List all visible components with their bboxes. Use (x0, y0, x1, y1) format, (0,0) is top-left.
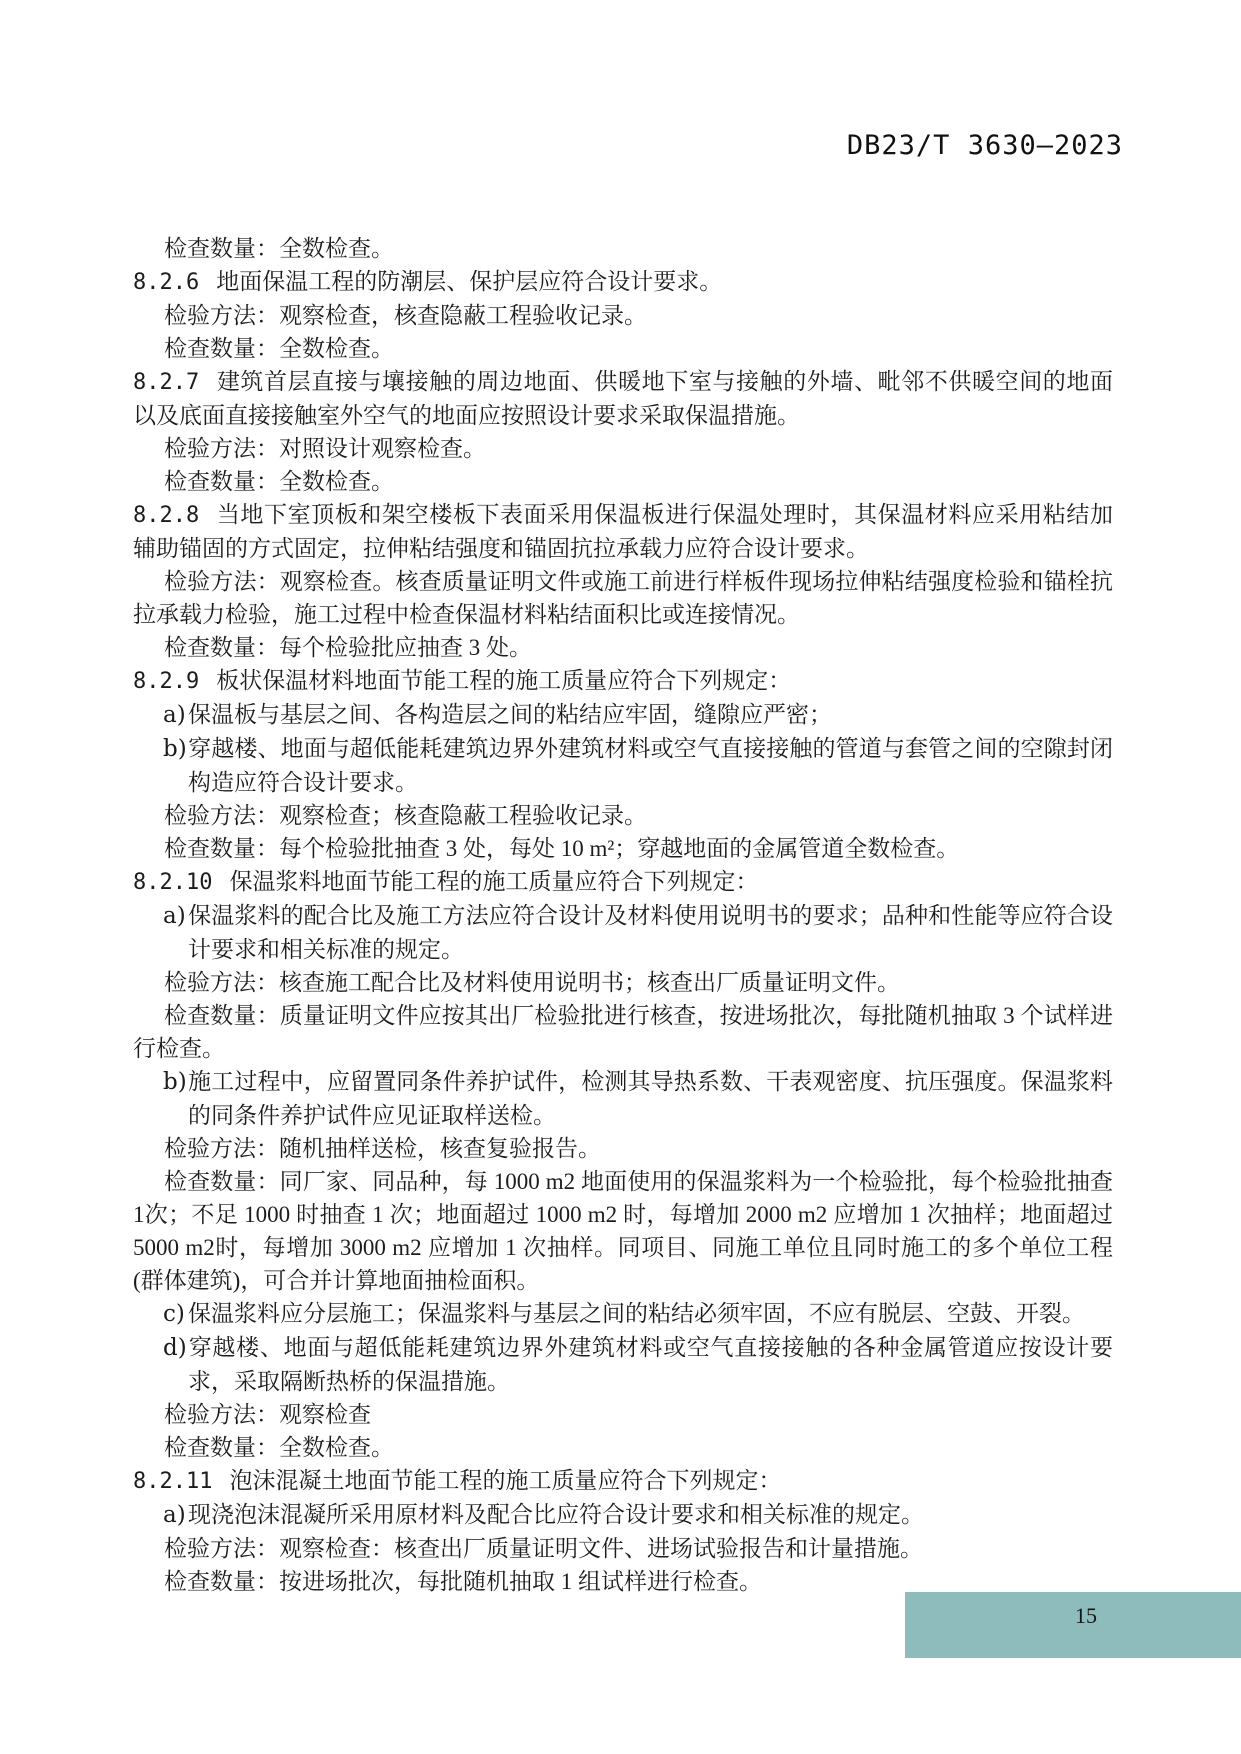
body-paragraph: 检查数量：全数检查。 (133, 465, 1113, 498)
section-paragraph: 8.2.10保温浆料地面节能工程的施工质量应符合下列规定： (133, 865, 1113, 899)
list-item: d)穿越楼、地面与超低能耗建筑边界外建筑材料或空气直接接触的各种金属管道应按设计… (133, 1331, 1113, 1398)
list-item-label: a) (163, 699, 188, 732)
list-item: c)保温浆料应分层施工；保温浆料与基层之间的粘结必须牢固，不应有脱层、空鼓、开裂… (133, 1297, 1113, 1331)
list-item-label: a) (163, 900, 188, 933)
body-paragraph: 检验方法：观察检查；核查隐蔽工程验收记录。 (133, 799, 1113, 832)
section-number: 8.2.9 (133, 669, 199, 694)
body-paragraph: 检查数量：全数检查。 (133, 232, 1113, 265)
body-paragraph: 检查数量：质量证明文件应按其出厂检验批进行核查，按进场批次，每批随机抽取 3 个… (133, 999, 1113, 1065)
section-number: 8.2.7 (133, 370, 199, 395)
section-paragraph: 8.2.7建筑首层直接与壤接触的周边地面、供暖地下室与接触的外墙、毗邻不供暖空间… (133, 365, 1113, 432)
section-paragraph: 8.2.8当地下室顶板和架空楼板下表面采用保温板进行保温处理时，其保温材料应采用… (133, 498, 1113, 565)
body-paragraph: 检查数量：每个检验批应抽查 3 处。 (133, 631, 1113, 664)
list-item: a)保温板与基层之间、各构造层之间的粘结应牢固，缝隙应严密； (133, 698, 1113, 732)
list-item-label: c) (163, 1298, 188, 1331)
body-paragraph: 检查数量：同厂家、同品种，每 1000 m2 地面使用的保温浆料为一个检验批，每… (133, 1165, 1113, 1297)
body-paragraph: 检查数量：全数检查。 (133, 332, 1113, 365)
list-item: b)施工过程中，应留置同条件养护试件，检测其导热系数、干表观密度、抗压强度。保温… (133, 1065, 1113, 1132)
section-number: 8.2.6 (133, 270, 199, 295)
list-item-label: d) (163, 1332, 188, 1365)
section-paragraph: 8.2.6地面保温工程的防潮层、保护层应符合设计要求。 (133, 265, 1113, 299)
list-item: b)穿越楼、地面与超低能耗建筑边界外建筑材料或空气直接接触的管道与套管之间的空隙… (133, 732, 1113, 799)
section-number: 8.2.11 (133, 1469, 212, 1494)
body-paragraph: 检验方法：观察检查：核查出厂质量证明文件、进场试验报告和计量措施。 (133, 1532, 1113, 1565)
section-number: 8.2.10 (133, 870, 212, 895)
document-standard-number: DB23/T 3630—2023 (847, 130, 1123, 161)
body-paragraph: 检验方法：随机抽样送检，核查复验报告。 (133, 1132, 1113, 1165)
section-number: 8.2.8 (133, 503, 199, 528)
body-paragraph: 检验方法：对照设计观察检查。 (133, 432, 1113, 465)
document-body: 检查数量：全数检查。8.2.6地面保温工程的防潮层、保护层应符合设计要求。检验方… (133, 232, 1113, 1598)
list-item-label: b) (163, 733, 188, 766)
list-item-label: a) (163, 1499, 188, 1532)
list-item: a)现浇泡沫混凝所采用原材料及配合比应符合设计要求和相关标准的规定。 (133, 1498, 1113, 1532)
section-paragraph: 8.2.11泡沫混凝土地面节能工程的施工质量应符合下列规定： (133, 1464, 1113, 1498)
body-paragraph: 检验方法：观察检查。核查质量证明文件或施工前进行样板件现场拉伸粘结强度检验和锚栓… (133, 565, 1113, 631)
body-paragraph: 检查数量：全数检查。 (133, 1431, 1113, 1464)
body-paragraph: 检验方法：观察检查 (133, 1398, 1113, 1431)
body-paragraph: 检验方法：观察检查，核查隐蔽工程验收记录。 (133, 299, 1113, 332)
list-item: a)保温浆料的配合比及施工方法应符合设计及材料使用说明书的要求；品种和性能等应符… (133, 899, 1113, 966)
body-paragraph: 检验方法：核查施工配合比及材料使用说明书；核查出厂质量证明文件。 (133, 966, 1113, 999)
list-item-label: b) (163, 1066, 188, 1099)
page-number: 15 (1066, 1603, 1106, 1629)
body-paragraph: 检查数量：每个检验批抽查 3 处，每处 10 m²；穿越地面的金属管道全数检查。 (133, 832, 1113, 865)
section-paragraph: 8.2.9板状保温材料地面节能工程的施工质量应符合下列规定： (133, 664, 1113, 698)
